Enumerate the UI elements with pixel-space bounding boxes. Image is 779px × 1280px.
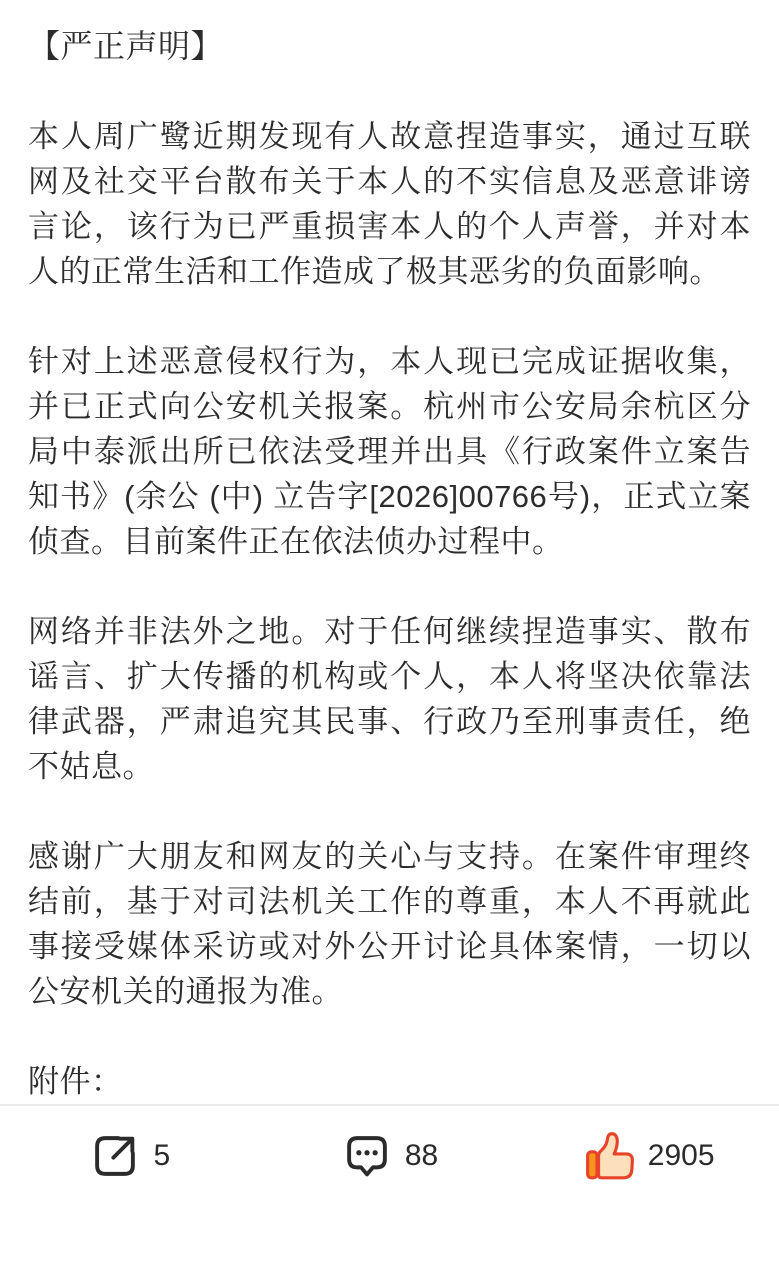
post-title: 【严正声明】 <box>28 24 751 69</box>
post-detail-page: 【严正声明】 本人周广鹭近期发现有人故意捏造事实，通过互联网及社交平台散布关于本… <box>0 0 779 1280</box>
action-bar: 5 88 2905 <box>0 1106 779 1182</box>
share-button[interactable]: 5 <box>0 1130 260 1182</box>
attachment-label: 附件： <box>28 1059 751 1104</box>
post-paragraph-2: 针对上述恶意侵权行为，本人现已完成证据收集，并已正式向公安机关报案。杭州市公安局… <box>28 339 751 564</box>
like-button[interactable]: 2905 <box>519 1130 779 1182</box>
comment-button[interactable]: 88 <box>260 1130 520 1182</box>
thumbs-up-icon <box>584 1130 636 1182</box>
comment-bubble-icon <box>341 1130 393 1182</box>
post-paragraph-4: 感谢广大朋友和网友的关心与支持。在案件审理终结前，基于对司法机关工作的尊重，本人… <box>28 834 751 1014</box>
comment-count: 88 <box>405 1130 438 1182</box>
post-content: 【严正声明】 本人周广鹭近期发现有人故意捏造事实，通过互联网及社交平台散布关于本… <box>0 0 779 1104</box>
like-count: 2905 <box>648 1130 715 1182</box>
post-paragraph-3: 网络并非法外之地。对于任何继续捏造事实、散布谣言、扩大传播的机构或个人，本人将坚… <box>28 609 751 789</box>
share-count: 5 <box>153 1130 170 1182</box>
post-paragraph-1: 本人周广鹭近期发现有人故意捏造事实，通过互联网及社交平台散布关于本人的不实信息及… <box>28 114 751 294</box>
share-icon <box>89 1130 141 1182</box>
